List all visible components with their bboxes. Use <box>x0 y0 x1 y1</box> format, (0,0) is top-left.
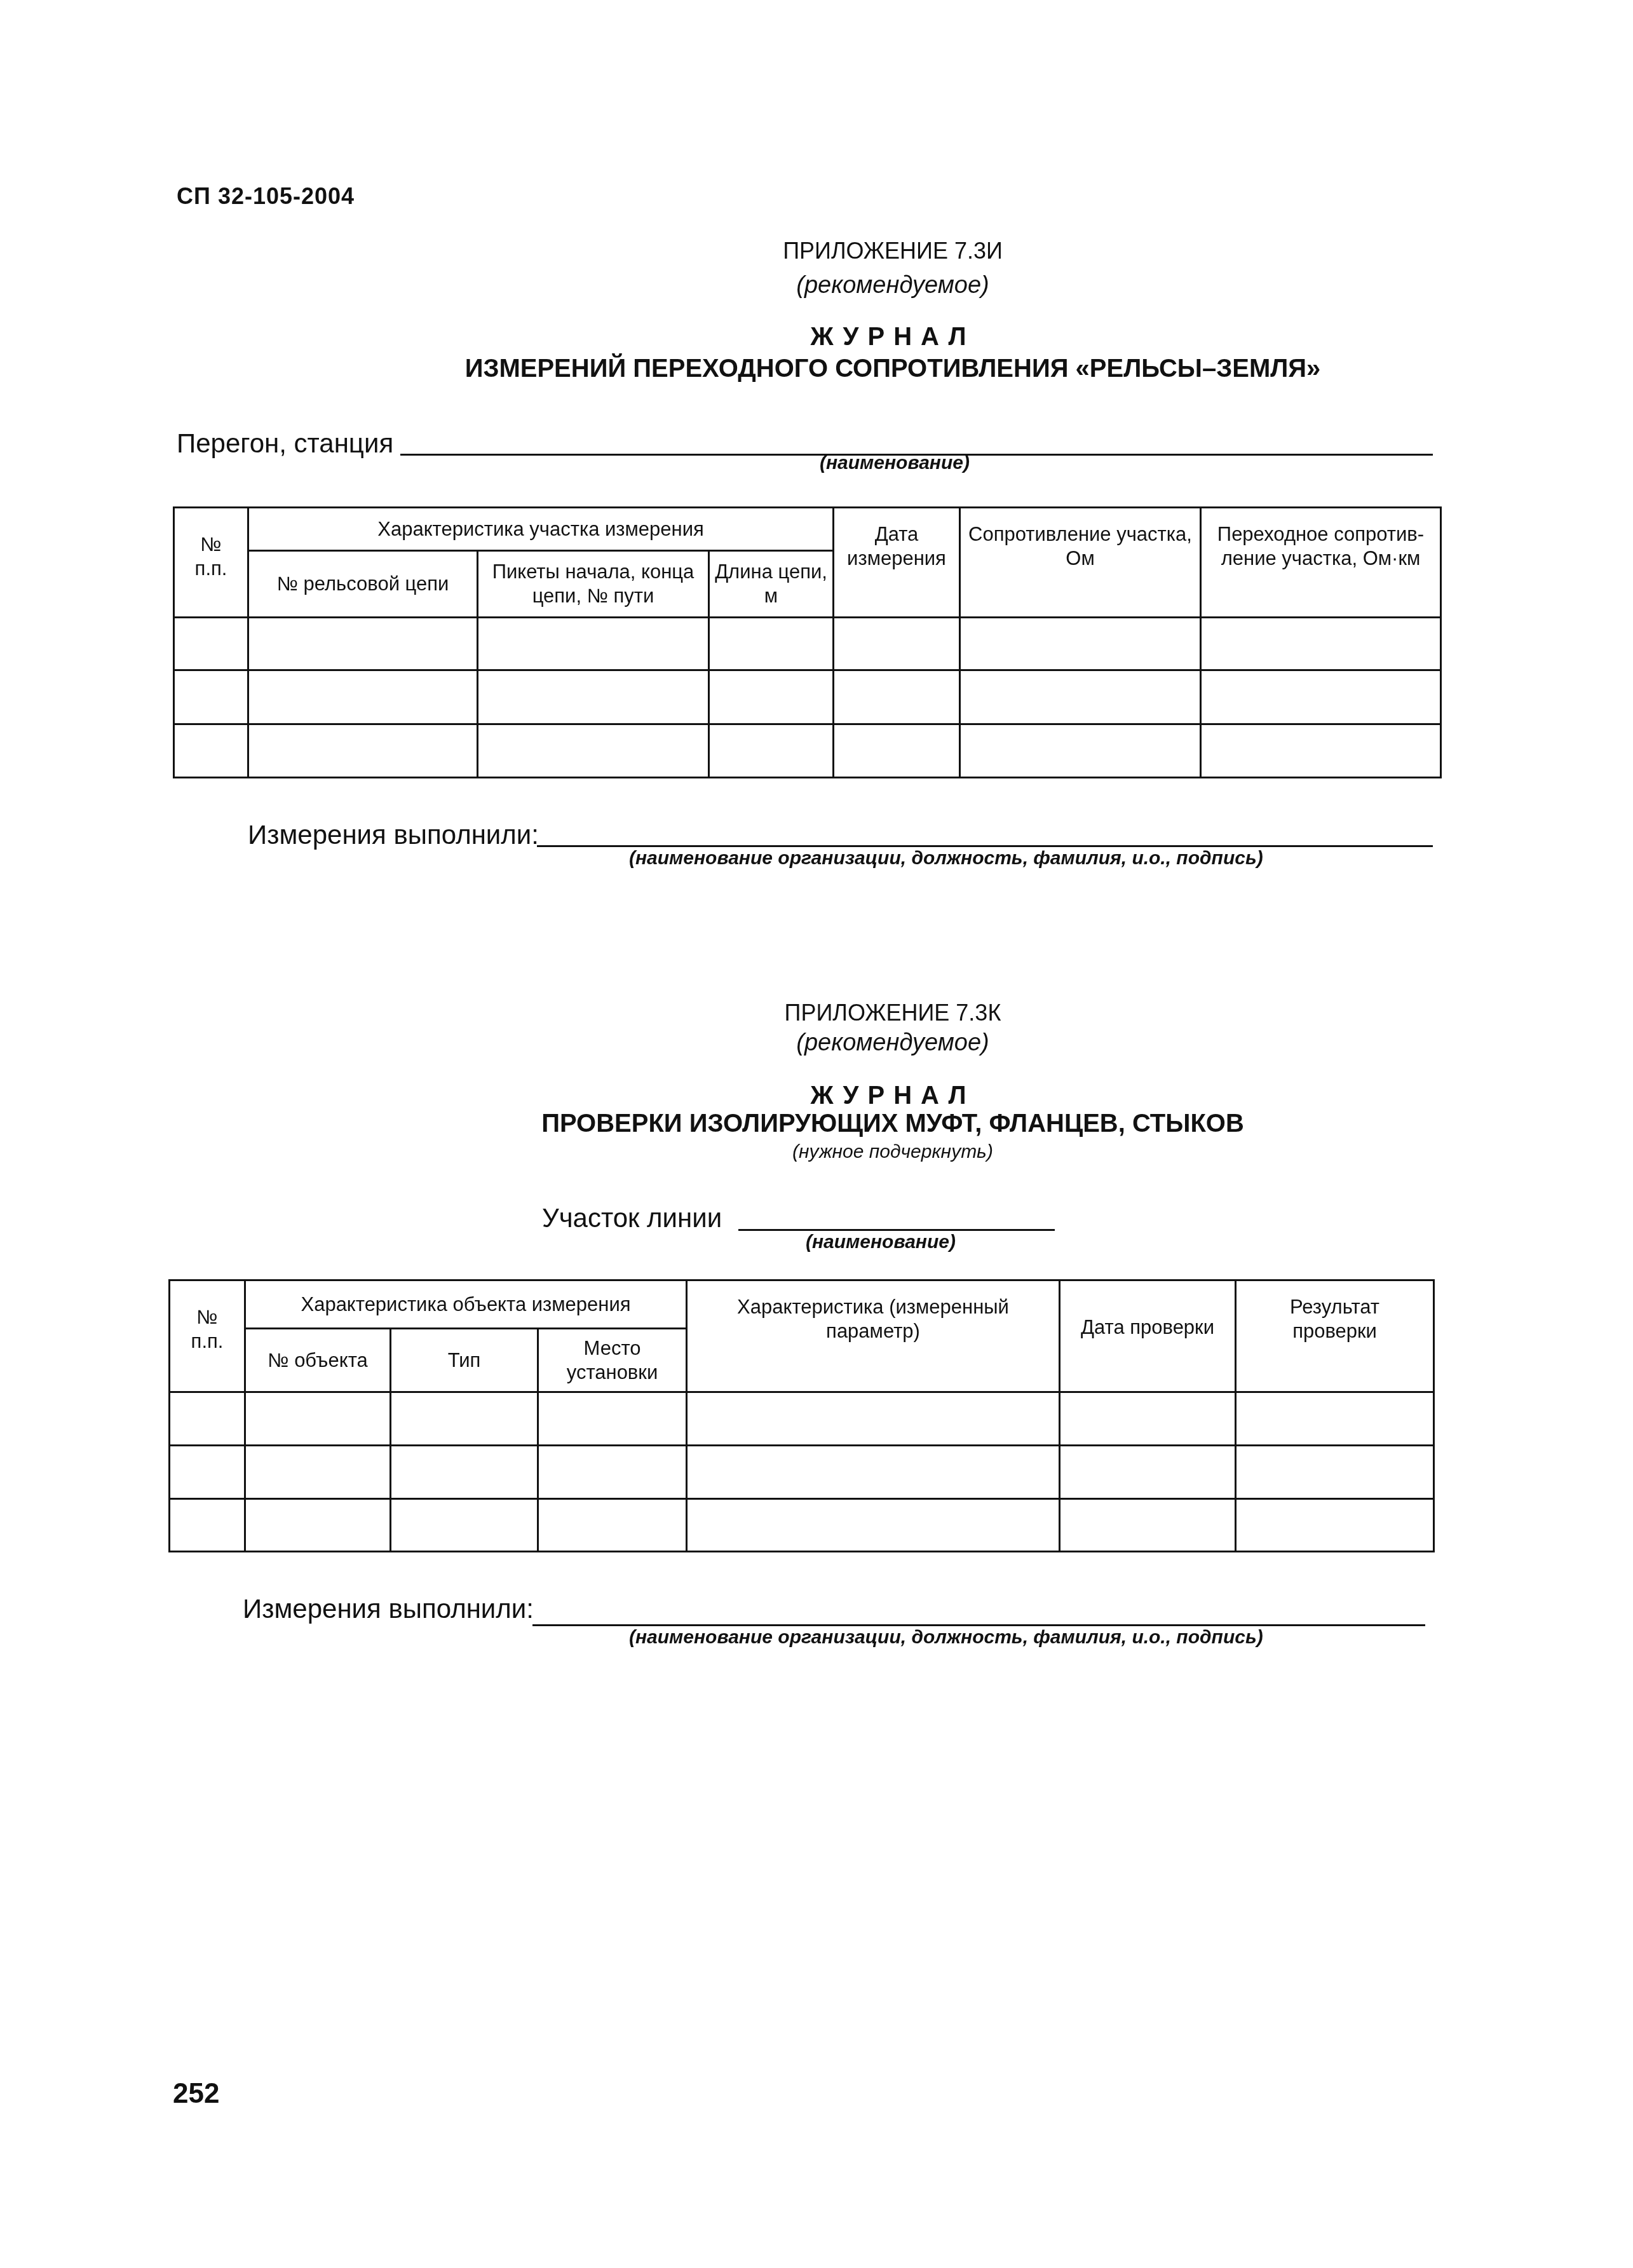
table-cell[interactable] <box>538 1499 687 1552</box>
col-group-object-characteristics: Характеристика объекта измерения <box>245 1280 687 1329</box>
table-cell[interactable] <box>170 1499 245 1552</box>
rail-earth-resistance-table: № п.п. Характеристика участка измерения … <box>173 506 1442 778</box>
col-object-number-header: № объекта <box>245 1329 391 1392</box>
col-check-date-header: Дата проверки <box>1060 1280 1236 1392</box>
table-cell[interactable] <box>391 1446 538 1499</box>
col-number-header: № п.п. <box>174 508 248 618</box>
insulating-joints-table: № п.п. Характеристика объекта измерения … <box>168 1279 1435 1552</box>
document-code: СП 32-105-2004 <box>177 183 355 210</box>
table-cell[interactable] <box>478 618 709 670</box>
appendix-7-3i-status: (рекомендуемое) <box>76 272 1633 299</box>
table-cell[interactable] <box>834 724 960 778</box>
col-type-header: Тип <box>391 1329 538 1392</box>
table-cell[interactable] <box>538 1446 687 1499</box>
table-cell[interactable] <box>174 618 248 670</box>
signature-input-line-2[interactable] <box>532 1624 1425 1626</box>
table-cell[interactable] <box>1201 724 1441 778</box>
table-cell[interactable] <box>170 1446 245 1499</box>
table-cell[interactable] <box>478 724 709 778</box>
col-measured-parameter-header: Характеристика (измеренный параметр) <box>687 1280 1060 1392</box>
table-cell[interactable] <box>1236 1499 1434 1552</box>
table-cell[interactable] <box>248 724 478 778</box>
table-row <box>170 1499 1434 1552</box>
journal-heading-2: ЖУРНАЛ <box>76 1082 1633 1110</box>
page-number: 252 <box>173 2078 219 2110</box>
table-cell[interactable] <box>478 670 709 724</box>
appendix-7-3i-label: ПРИЛОЖЕНИЕ 7.3И <box>76 238 1633 264</box>
table-cell[interactable] <box>834 670 960 724</box>
table-cell[interactable] <box>1236 1446 1434 1499</box>
table-cell[interactable] <box>170 1392 245 1446</box>
station-caption: (наименование) <box>820 452 970 474</box>
col-pickets-header: Пикеты начала, конца цепи, № пути <box>478 551 709 618</box>
col-install-location-header: Место установки <box>538 1329 687 1392</box>
col-group-section-characteristics: Характеристика участка измерения <box>248 508 834 551</box>
appendix-7-3k-label: ПРИЛОЖЕНИЕ 7.3К <box>76 1000 1633 1026</box>
signature-label-1: Измерения выполнили: <box>248 820 539 850</box>
line-section-input-line[interactable] <box>738 1229 1055 1231</box>
signature-caption-2: (наименование организации, должность, фа… <box>629 1627 1263 1648</box>
station-label: Перегон, станция <box>177 428 393 459</box>
table-cell[interactable] <box>248 618 478 670</box>
signature-label-2: Измерения выполнили: <box>243 1594 534 1624</box>
journal-title-1: ИЗМЕРЕНИЙ ПЕРЕХОДНОГО СОПРОТИВЛЕНИЯ «РЕЛ… <box>76 355 1633 383</box>
journal-title-2: ПРОВЕРКИ ИЗОЛИРУЮЩИХ МУФТ, ФЛАНЦЕВ, СТЫК… <box>76 1110 1633 1138</box>
table-cell[interactable] <box>1060 1499 1236 1552</box>
table-row <box>174 724 1441 778</box>
col-rail-circuit-header: № рельсовой цепи <box>248 551 478 618</box>
table-cell[interactable] <box>245 1392 391 1446</box>
table-row <box>174 618 1441 670</box>
col-check-result-header: Результат проверки <box>1236 1280 1434 1392</box>
table-cell[interactable] <box>960 670 1201 724</box>
table-cell[interactable] <box>391 1499 538 1552</box>
table-cell[interactable] <box>709 618 834 670</box>
table-cell[interactable] <box>709 724 834 778</box>
signature-caption-1: (наименование организации, должность, фа… <box>629 848 1263 869</box>
line-section-caption: (наименование) <box>806 1232 956 1253</box>
table-cell[interactable] <box>687 1446 1060 1499</box>
col-section-resistance-header: Сопротивление участка, Ом <box>960 508 1201 618</box>
journal-title-note: (нужное подчеркнуть) <box>76 1141 1633 1163</box>
signature-input-line-1[interactable] <box>537 845 1433 847</box>
appendix-7-3k-status: (рекомендуемое) <box>76 1029 1633 1057</box>
table-cell[interactable] <box>960 618 1201 670</box>
table-cell[interactable] <box>1236 1392 1434 1446</box>
table-cell[interactable] <box>1201 618 1441 670</box>
table-cell[interactable] <box>687 1499 1060 1552</box>
col-measurement-date-header: Дата измерения <box>834 508 960 618</box>
table-cell[interactable] <box>174 724 248 778</box>
table-row <box>170 1392 1434 1446</box>
col-circuit-length-header: Длина цепи, м <box>709 551 834 618</box>
table-cell[interactable] <box>248 670 478 724</box>
table-cell[interactable] <box>1201 670 1441 724</box>
table-row <box>170 1446 1434 1499</box>
journal-heading-1: ЖУРНАЛ <box>76 323 1633 351</box>
table-cell[interactable] <box>709 670 834 724</box>
table-cell[interactable] <box>245 1499 391 1552</box>
table-cell[interactable] <box>174 670 248 724</box>
table-cell[interactable] <box>245 1446 391 1499</box>
table-cell[interactable] <box>960 724 1201 778</box>
table-cell[interactable] <box>1060 1392 1236 1446</box>
table-cell[interactable] <box>391 1392 538 1446</box>
table-cell[interactable] <box>538 1392 687 1446</box>
table-cell[interactable] <box>687 1392 1060 1446</box>
line-section-label: Участок линии <box>542 1203 722 1233</box>
col-transfer-resistance-header: Переходное сопротив-ление участка, Ом·км <box>1201 508 1441 618</box>
table-cell[interactable] <box>834 618 960 670</box>
col-number-header: № п.п. <box>170 1280 245 1392</box>
table-row <box>174 670 1441 724</box>
table-cell[interactable] <box>1060 1446 1236 1499</box>
